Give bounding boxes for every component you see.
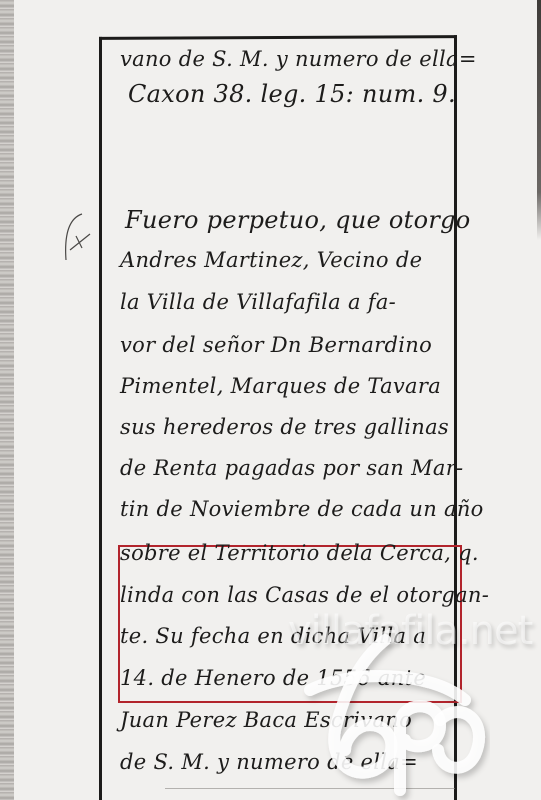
page-edge-shadow-right (537, 0, 541, 240)
manuscript-line: sus herederos de tres gallinas (120, 415, 450, 439)
manuscript-line-highlighted: linda con las Casas de el otorgan- (120, 583, 450, 607)
manuscript-line: la Villa de Villafafila a fa- (120, 290, 450, 314)
margin-cross-mark-icon (62, 210, 96, 266)
watermark-logo-icon (290, 630, 490, 800)
manuscript-line: Andres Martinez, Vecino de (120, 248, 450, 272)
manuscript-line: Caxon 38. leg. 15: num. 9. (128, 80, 458, 108)
manuscript-line: vano de S. M. y numero de ella= (120, 47, 450, 71)
manuscript-line-highlighted: sobre el Territorio dela Cerca, q. (120, 541, 450, 565)
manuscript-line: Fuero perpetuo, que otorgo (125, 206, 455, 234)
manuscript-line: Pimentel, Marques de Tavara (120, 374, 450, 398)
page-edge-shadow-left (0, 0, 14, 800)
manuscript-line: tin de Noviembre de cada un año (120, 497, 450, 521)
manuscript-line: de Renta pagadas por san Mar- (120, 456, 450, 480)
manuscript-line: vor del señor Dn Bernardino (120, 333, 450, 357)
